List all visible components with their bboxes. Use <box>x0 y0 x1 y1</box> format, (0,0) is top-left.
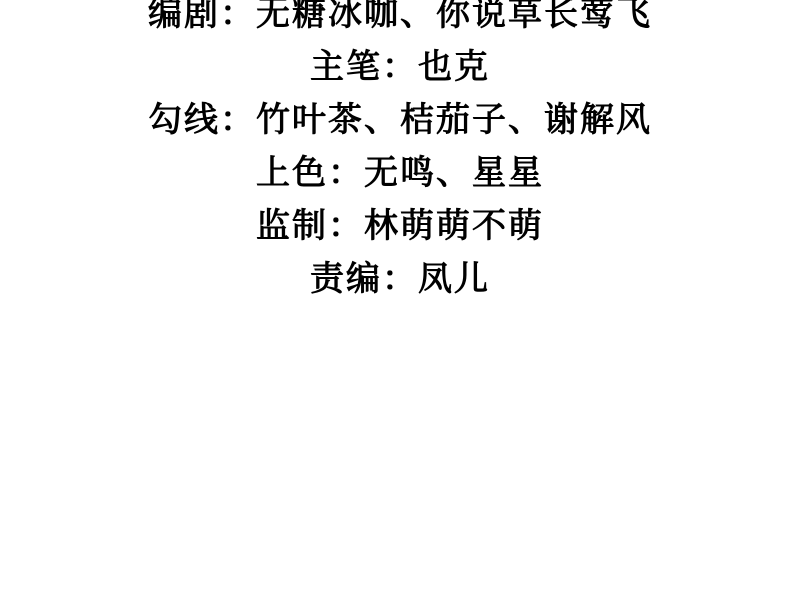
credit-separator: ： <box>382 259 418 299</box>
credit-role: 上色 <box>256 153 328 193</box>
credit-names: 竹叶茶、桔茄子、谢解风 <box>256 100 652 140</box>
credit-line-screenwriter: 编剧：无糖冰咖、你说草长莺飞 <box>0 0 800 41</box>
credit-role: 编剧 <box>148 0 220 34</box>
credit-role: 监制 <box>256 206 328 246</box>
credit-line-line-art: 勾线：竹叶茶、桔茄子、谢解风 <box>0 94 800 147</box>
credit-line-producer: 监制：林萌萌不萌 <box>0 200 800 253</box>
credit-line-coloring: 上色：无鸣、星星 <box>0 147 800 200</box>
credits-list: 编剧：无糖冰咖、你说草长莺飞 主笔：也克 勾线：竹叶茶、桔茄子、谢解风 上色：无… <box>0 0 800 306</box>
credit-separator: ： <box>220 0 256 34</box>
credit-separator: ： <box>328 206 364 246</box>
credit-separator: ： <box>382 47 418 87</box>
credit-role: 勾线 <box>148 100 220 140</box>
credit-line-lead-artist: 主笔：也克 <box>0 41 800 94</box>
credit-separator: ： <box>220 100 256 140</box>
credit-line-editor: 责编：凤儿 <box>0 253 800 306</box>
credit-names: 凤儿 <box>418 259 490 299</box>
credits-page: 编剧：无糖冰咖、你说草长莺飞 主笔：也克 勾线：竹叶茶、桔茄子、谢解风 上色：无… <box>0 0 800 600</box>
credit-names: 也克 <box>418 47 490 87</box>
credit-separator: ： <box>328 153 364 193</box>
credit-names: 林萌萌不萌 <box>364 206 544 246</box>
credit-names: 无鸣、星星 <box>364 153 544 193</box>
credit-role: 主笔 <box>310 47 382 87</box>
credit-names: 无糖冰咖、你说草长莺飞 <box>256 0 652 34</box>
credit-role: 责编 <box>310 259 382 299</box>
